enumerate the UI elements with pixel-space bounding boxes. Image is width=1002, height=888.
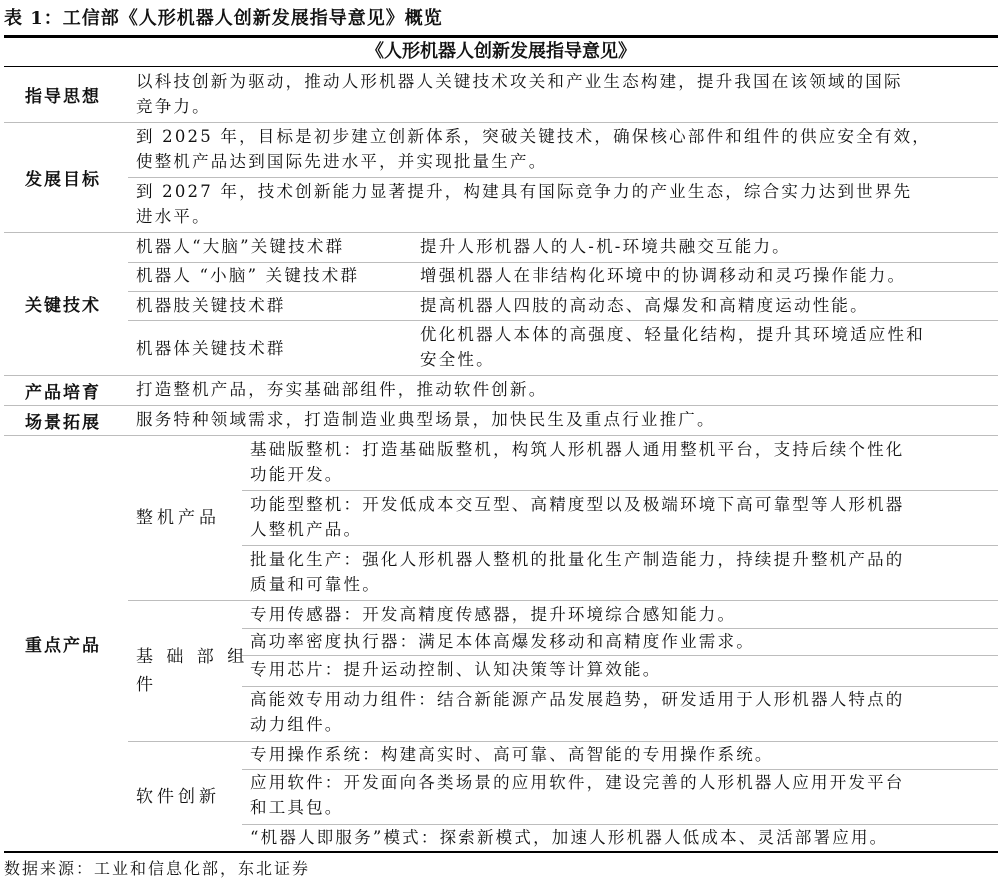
row-scenario: 场景拓展 服务特种领域需求，打造制造业典型场景，加快民生及重点行业推广。 — [4, 405, 998, 435]
divider — [242, 686, 998, 687]
divider — [242, 769, 998, 770]
goal-2027-line2: 进水平。 — [136, 204, 211, 229]
goal-2025-line1: 到 2025 年，目标是初步建立创新体系，突破关键技术，确保核心部件和组件的供应… — [136, 124, 931, 149]
label-guiding: 指导思想 — [4, 67, 122, 121]
software-os: 专用操作系统：构建高实时、高可靠、高智能的专用操作系统。 — [250, 742, 774, 767]
cultivation-text: 打造整机产品，夯实基础部组件，推动软件创新。 — [136, 377, 547, 402]
divider — [128, 741, 998, 742]
product-functional-line2: 人整机产品。 — [250, 517, 362, 542]
component-chip: 专用芯片：提升运动控制、认知决策等计算效能。 — [250, 657, 661, 682]
component-sensor: 专用传感器：开发高精度传感器，提升环境综合感知能力。 — [250, 602, 736, 627]
software-app-line1: 应用软件：开发面向各类场景的应用软件，建设完善的人形机器人应用开发平台 — [250, 770, 905, 795]
label-cultivation: 产品培育 — [4, 375, 122, 405]
data-source: 数据来源：工业和信息化部，东北证券 — [4, 856, 310, 879]
group-name-complete-machine: 整机产品 — [136, 504, 220, 532]
software-app-line2: 和工具包。 — [250, 795, 344, 820]
tech-desc-body-line1: 优化机器人本体的高强度、轻量化结构，提升其环境适应性和 — [420, 322, 925, 347]
group-name-components-line2: 件 — [136, 671, 157, 699]
divider — [128, 320, 998, 321]
tech-name-cerebellum: 机器人 “小脑” 关键技术群 — [136, 263, 359, 288]
tech-desc-body-line2: 安全性。 — [420, 347, 495, 372]
label-key-tech: 关键技术 — [4, 232, 122, 374]
goal-2027-line1: 到 2027 年，技术创新能力显著提升，构建具有国际竞争力的产业生态，综合实力达… — [136, 179, 912, 204]
divider — [128, 177, 998, 178]
divider — [242, 824, 998, 825]
divider — [242, 490, 998, 491]
row-cultivation: 产品培育 打造整机产品，夯实基础部组件，推动软件创新。 — [4, 375, 998, 405]
divider — [242, 655, 998, 656]
row-key-products: 重点产品 整机产品 基础版整机：打造基础版整机，构筑人形机器人通用整机平台，支持… — [4, 435, 998, 851]
divider — [242, 545, 998, 546]
guiding-text-line1: 以科技创新为驱动，推动人形机器人关键技术攻关和产业生态构建，提升我国在该领域的国… — [136, 69, 903, 94]
group-name-components-line1: 基 础 部 组 — [136, 643, 248, 671]
bottom-rule — [4, 851, 998, 853]
tech-name-body: 机器体关键技术群 — [136, 336, 286, 361]
product-mass-line1: 批量化生产：强化人形机器人整机的批量化生产制造能力，持续提升整机产品的 — [250, 547, 905, 572]
goal-2025-line2: 使整机产品达到国际先进水平，并实现批量生产。 — [136, 149, 547, 174]
product-mass-line2: 质量和可靠性。 — [250, 572, 381, 597]
component-actuator: 高功率密度执行器：满足本体高爆发移动和高精度作业需求。 — [250, 629, 755, 654]
divider — [128, 262, 998, 263]
table-caption: 表 1：工信部《人形机器人创新发展指导意见》概览 — [4, 4, 443, 30]
tech-desc-cerebellum: 增强机器人在非结构化环境中的协调移动和灵巧操作能力。 — [420, 263, 906, 288]
tech-name-limb: 机器肢关键技术群 — [136, 293, 286, 318]
tech-name-brain: 机器人“大脑”关键技术群 — [136, 234, 344, 259]
product-functional-line1: 功能型整机：开发低成本交互型、高精度型以及极端环境下高可靠型等人形机器 — [250, 492, 905, 517]
label-goals: 发展目标 — [4, 122, 122, 232]
divider — [242, 628, 998, 629]
component-power-line1: 高能效专用动力组件：结合新能源产品发展趋势，研发适用于人形机器人特点的 — [250, 687, 905, 712]
row-guiding: 指导思想 以科技创新为驱动，推动人形机器人关键技术攻关和产业生态构建，提升我国在… — [4, 67, 998, 121]
tech-desc-limb: 提高机器人四肢的高动态、高爆发和高精度运动性能。 — [420, 293, 869, 318]
component-power-line2: 动力组件。 — [250, 712, 344, 737]
tech-desc-brain: 提升人形机器人的人-机-环境共融交互能力。 — [420, 234, 791, 259]
table-title: 《人形机器人创新发展指导意见》 — [4, 38, 998, 67]
divider — [128, 600, 998, 601]
product-basic-line1: 基础版整机：打造基础版整机，构筑人形机器人通用整机平台，支持后续个性化 — [250, 437, 905, 462]
label-key-products: 重点产品 — [4, 435, 122, 851]
divider — [128, 291, 998, 292]
software-raas: “机器人即服务”模式：探索新模式，加速人形机器人低成本、灵活部署应用。 — [250, 825, 888, 850]
row-key-tech: 关键技术 机器人“大脑”关键技术群 提升人形机器人的人-机-环境共融交互能力。 … — [4, 232, 998, 374]
label-scenario: 场景拓展 — [4, 405, 122, 435]
guiding-text-line2: 竞争力。 — [136, 94, 211, 119]
scenario-text: 服务特种领域需求，打造制造业典型场景，加快民生及重点行业推广。 — [136, 407, 716, 432]
product-basic-line2: 功能开发。 — [250, 462, 344, 487]
group-name-software: 软件创新 — [136, 783, 220, 811]
